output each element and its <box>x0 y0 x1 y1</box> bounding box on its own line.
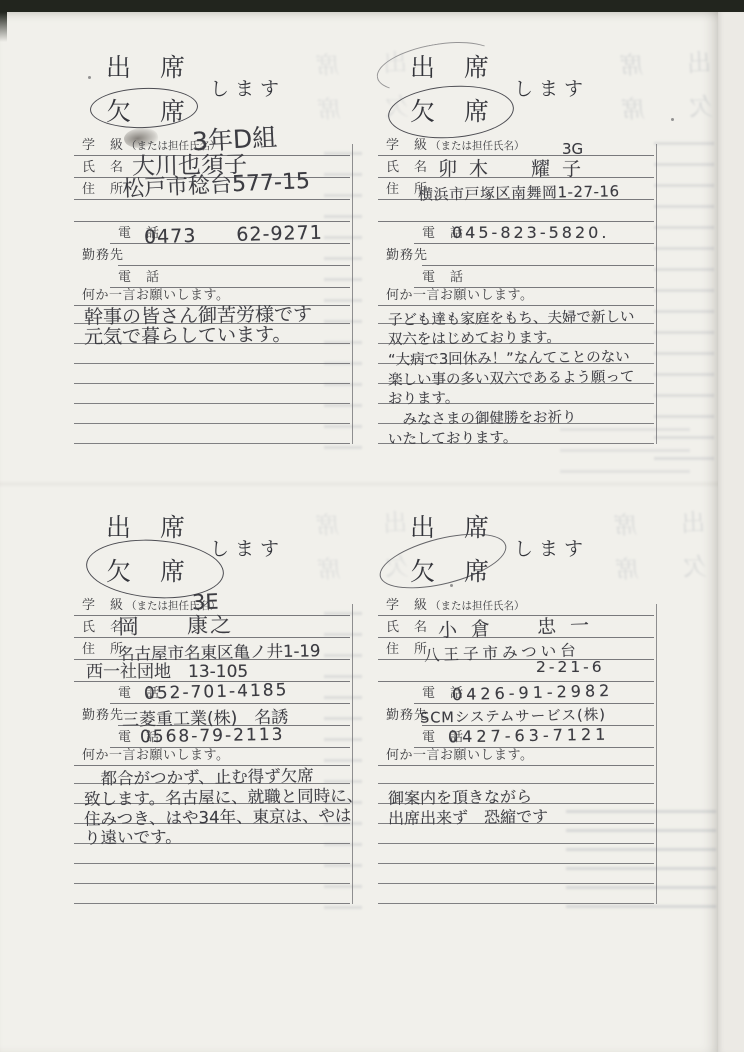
bleedthrough-attendance: 出 席 欠 席 <box>571 42 714 135</box>
scanner-edge <box>0 0 744 12</box>
workplace-row: 勤務先 <box>74 245 352 266</box>
name-label: 氏 名 <box>82 156 124 175</box>
shimasu-label: します <box>514 534 589 561</box>
scan-speck <box>671 118 674 121</box>
message-text: 楽しい事の多い双六であるよう願って <box>378 370 635 388</box>
message-line <box>74 383 352 404</box>
class-row: 学 級 （または担任氏名） <box>378 135 656 156</box>
phone-value: 052-701-4185 <box>144 680 289 704</box>
scan-speck <box>88 76 91 79</box>
message-line: 都合がつかず、止む得ず欠席 <box>74 763 352 784</box>
shimasu-label: します <box>210 534 285 561</box>
message-line <box>74 883 352 904</box>
reply-card-top-right: 出 席 欠 席 出 席 します 欠 席 学 級 （または担任氏名） 3G 氏 名… <box>386 48 658 450</box>
attend-option: 出 席 <box>106 508 187 544</box>
message-line <box>378 843 656 864</box>
class-note: （または担任氏名） <box>430 598 525 613</box>
message-text: 元気で暮らしています。 <box>74 325 292 347</box>
class-label: 学 級 <box>82 134 124 153</box>
phone-label: 電 話 <box>118 266 160 285</box>
card-right-border <box>352 604 353 904</box>
message-line: 御案内を頂きながら <box>378 783 656 804</box>
message-text: 致します。名古屋に、就職と同時に、 <box>74 787 363 808</box>
address-label: 住 所 <box>82 178 124 197</box>
message-text: みなさまの御健勝をお祈り <box>378 410 577 427</box>
bleedthrough-strip <box>654 142 714 472</box>
underlying-sheet-edge <box>718 12 744 1052</box>
message-prompt: 何か一言お願いします。 <box>386 744 533 763</box>
phone-label: 電 話 <box>422 266 464 285</box>
address-value-2: 西一社団地 13-105 <box>86 657 248 682</box>
message-line: 子ども達も家庭をもち、夫婦で新しい <box>378 303 656 324</box>
workplace-phone-value: 0427-63-7121 <box>448 725 610 747</box>
card-right-border <box>352 144 353 444</box>
address-value-2: 2-21-6 <box>536 658 605 676</box>
message-line <box>74 423 352 444</box>
class-label: 学 級 <box>386 134 428 153</box>
message-prompt: 何か一言お願いします。 <box>386 284 533 303</box>
message-line <box>378 763 656 784</box>
name-value: 卯木 耀子 <box>438 154 593 181</box>
name-value: 岡 康之 <box>118 609 234 641</box>
address-row-2 <box>378 661 656 682</box>
name-label: 氏 名 <box>386 616 428 635</box>
class-note: （または担任氏名） <box>430 138 525 153</box>
absent-option: 欠 席 <box>106 92 187 128</box>
reply-card-top-left: 出 席 欠 席 出 席 します 欠 席 学 級 （または担任氏名） 3年D組 氏… <box>82 48 354 450</box>
shimasu-label: します <box>514 74 589 101</box>
name-label: 氏 名 <box>386 156 428 175</box>
workplace-label: 勤務先 <box>386 244 428 263</box>
ghost-absent-text: 欠 席 <box>572 86 713 135</box>
absent-option: 欠 席 <box>410 552 491 588</box>
workplace-phone-value: 0568-79-2113 <box>140 725 285 748</box>
message-text: 住みつき、はや34年、東京は、やは <box>74 808 352 828</box>
workplace-label: 勤務先 <box>82 244 124 263</box>
workplace-value: SCMシステムサービス(株) <box>420 703 606 727</box>
message-text: “大病で3回休み！”なんてことのない <box>378 350 630 368</box>
fold-crease <box>0 480 718 488</box>
reply-card-bottom-left: 出 席 欠 席 出 席 します 欠 席 学 級 （または担任氏名） 3E 氏 名… <box>82 508 354 910</box>
message-line <box>74 863 352 884</box>
reply-card-bottom-right: 出 席 欠 席 出 席 します 欠 席 学 級 （または担任氏名） 氏 名 小倉… <box>386 508 658 910</box>
message-text: 出席出来ず 恐縮です <box>378 809 548 827</box>
phone-value: 0473 62-9271 <box>144 218 323 250</box>
message-line <box>378 863 656 884</box>
message-prompt: 何か一言お願いします。 <box>82 284 229 303</box>
message-line <box>74 403 352 424</box>
message-text: 子ども達も家庭をもち、夫婦で新しい <box>378 310 635 328</box>
message-text: り遠いです。 <box>74 829 182 847</box>
phone-value: 045-823-5820. <box>452 223 609 242</box>
shimasu-label: します <box>210 74 285 101</box>
message-text: 都合がつかず、止む得ず欠席 <box>74 768 314 788</box>
message-text: 御案内を頂きながら <box>378 789 532 807</box>
scanned-page: 出 席 欠 席 出 席 します 欠 席 学 級 （または担任氏名） 3年D組 氏… <box>0 0 744 1052</box>
absent-option: 欠 席 <box>410 92 491 128</box>
message-line <box>74 363 352 384</box>
address-label: 住 所 <box>386 638 428 657</box>
message-line <box>378 883 656 904</box>
message-text: いたしております。 <box>378 431 518 447</box>
card-right-border <box>656 144 657 444</box>
message-line: 元気で暮らしています。 <box>74 323 352 344</box>
scan-speck <box>450 584 453 587</box>
workplace-row: 勤務先 <box>378 245 656 266</box>
absent-option: 欠 席 <box>106 552 187 588</box>
workplace-label: 勤務先 <box>82 704 124 723</box>
message-text: 双六をはじめております。 <box>378 330 561 347</box>
message-text: おります。 <box>378 391 460 407</box>
card-right-border <box>656 604 657 904</box>
class-label: 学 級 <box>386 594 428 613</box>
message-line: 幹事の皆さん御苦労様です <box>74 303 352 324</box>
attend-option: 出 席 <box>106 48 187 84</box>
address-value: 横浜市戸塚区南舞岡1-27-16 <box>418 180 620 205</box>
ghost-attend-text: 出 席 <box>571 42 712 91</box>
scanner-corner-shadow <box>0 12 7 42</box>
paper-sheet: 出 席 欠 席 出 席 します 欠 席 学 級 （または担任氏名） 3年D組 氏… <box>0 12 718 1052</box>
